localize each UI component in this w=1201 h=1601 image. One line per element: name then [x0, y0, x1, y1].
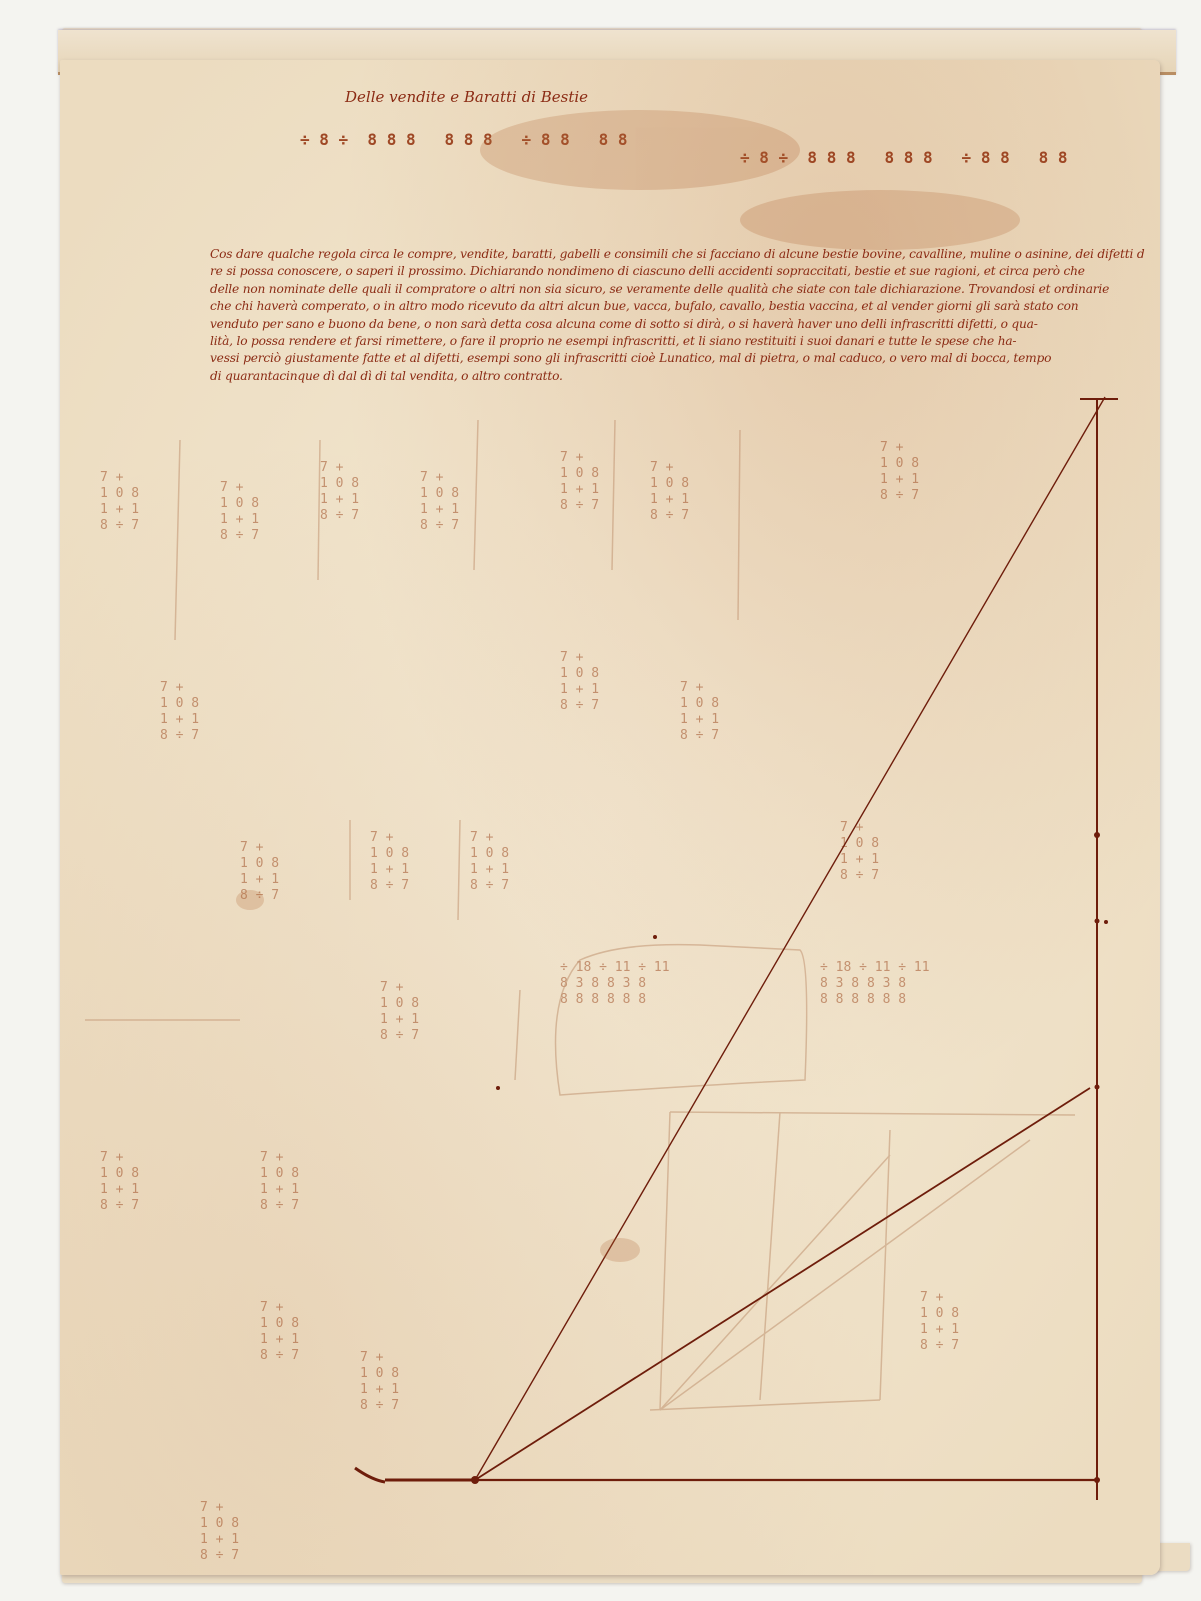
geometric-diagram — [0, 0, 1201, 1601]
